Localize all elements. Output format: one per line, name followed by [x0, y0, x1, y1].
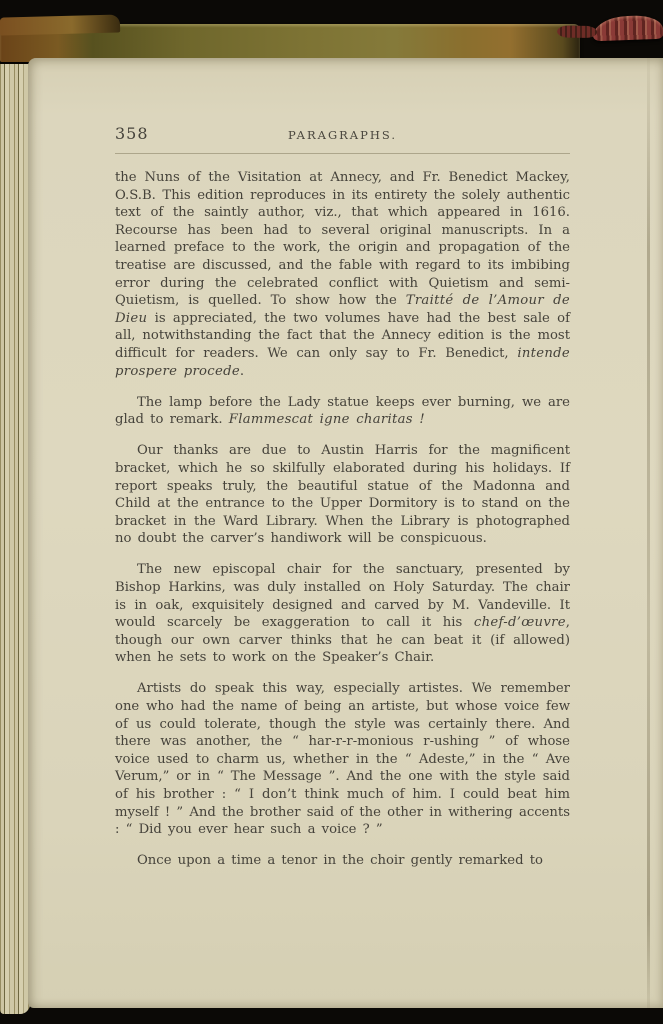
paragraph: Our thanks are due to Austin Harris for …: [115, 442, 570, 548]
paragraph: The new episcopal chair for the sanctuar…: [115, 561, 570, 667]
paragraph: The lamp before the Lady statue keeps ev…: [115, 394, 570, 429]
page-stack-edges: [0, 64, 30, 1014]
running-header: PARAGRAPHS.: [115, 124, 570, 142]
book-cover-edge: [0, 24, 580, 62]
body-text: the Nuns of the Visitation at Annecy, an…: [115, 169, 570, 870]
scanned-book-photo: 358 PARAGRAPHS. the Nuns of the Visitati…: [0, 0, 663, 1024]
paragraph: the Nuns of the Visitation at Annecy, an…: [115, 169, 570, 380]
scanned-page: 358 PARAGRAPHS. the Nuns of the Visitati…: [28, 58, 663, 1008]
paragraph: Artists do speak this way, especially ar…: [115, 680, 570, 838]
page-number: 358: [115, 124, 149, 143]
page-header: 358 PARAGRAPHS.: [115, 124, 570, 144]
header-rule: [115, 153, 570, 154]
paragraph: Once upon a time a tenor in the choir ge…: [115, 852, 570, 870]
text-block: 358 PARAGRAPHS. the Nuns of the Visitati…: [115, 58, 570, 1008]
book-headband: [593, 15, 663, 41]
gutter-crease: [647, 58, 650, 1008]
